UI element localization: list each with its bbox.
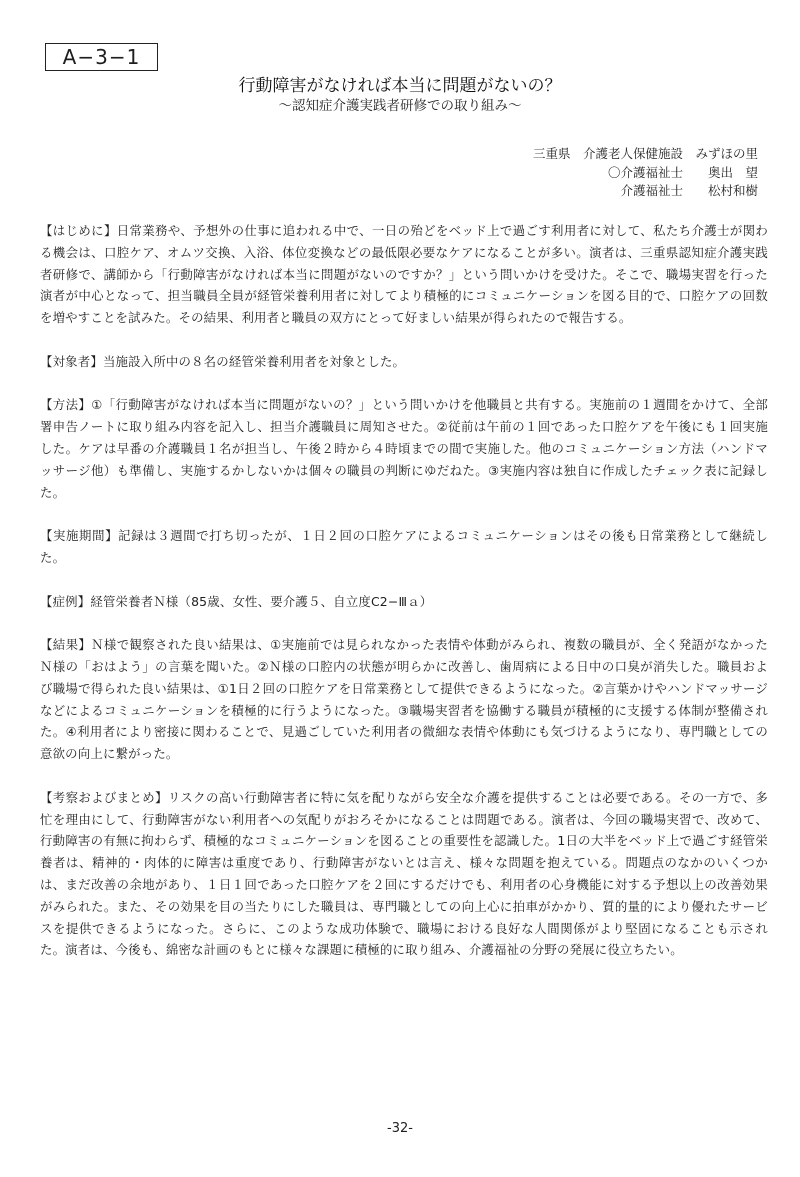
section-heading: 【考察およびまとめ】 (40, 790, 168, 805)
section-heading: 【対象者】 (40, 354, 103, 369)
section-heading: 【症例】 (40, 594, 90, 609)
section-text: 記録は３週間で打ち切ったが、１日２回の口腔ケアによるコミュニケーションはその後も… (40, 528, 768, 565)
section-heading: 【実施期間】 (40, 528, 118, 543)
document-title: 行動障害がなければ本当に問題がないの？ (0, 75, 800, 97)
author-block: 三重県 介護老人保健施設 みずほの里 〇介護福祉士 奥出 望 介護福祉士 松村和… (533, 145, 758, 201)
page-number: -32- (0, 1121, 800, 1136)
document-subtitle: 〜認知症介護実践者研修での取り組み〜 (0, 97, 800, 115)
abstract-body: 【はじめに】日常業務や、予想外の仕事に追われる中で、一日の殆どをベッド上で過ごす… (40, 220, 768, 983)
affiliation: 三重県 介護老人保健施設 みずほの里 (533, 145, 758, 164)
presenting-author: 〇介護福祉士 奥出 望 (533, 164, 758, 183)
section-results: 【結果】Ｎ様で観察された良い結果は、①実施前では見られなかった表情や体動がみられ… (40, 634, 768, 765)
section-introduction: 【はじめに】日常業務や、予想外の仕事に追われる中で、一日の殆どをベッド上で過ごす… (40, 220, 768, 329)
section-text: 当施設入所中の８名の経管栄養利用者を対象とした。 (103, 354, 405, 369)
section-heading: 【はじめに】 (40, 223, 117, 238)
section-subjects: 【対象者】当施設入所中の８名の経管栄養利用者を対象とした。 (40, 351, 768, 373)
section-discussion: 【考察およびまとめ】リスクの高い行動障害者に特に気を配りながら安全な介護を提供す… (40, 787, 768, 961)
section-text: 経管栄養者Ｎ様（85歳、女性、要介護５、自立度C2−Ⅲａ） (90, 594, 432, 609)
section-heading: 【結果】 (40, 637, 91, 652)
section-text: Ｎ様で観察された良い結果は、①実施前では見られなかった表情や体動がみられ、複数の… (40, 637, 768, 761)
co-author: 介護福祉士 松村和樹 (533, 182, 758, 201)
section-methods: 【方法】①「行動障害がなければ本当に問題がないの？」という問いかけを他職員と共有… (40, 394, 768, 503)
section-text: ①「行動障害がなければ本当に問題がないの？」という問いかけを他職員と共有する。実… (40, 397, 768, 499)
section-case: 【症例】経管栄養者Ｎ様（85歳、女性、要介護５、自立度C2−Ⅲａ） (40, 591, 768, 613)
section-text: 日常業務や、予想外の仕事に追われる中で、一日の殆どをベッド上で過ごす利用者に対し… (40, 223, 768, 325)
abstract-code-box: A−3−1 (45, 43, 158, 71)
section-heading: 【方法】 (40, 397, 91, 412)
section-period: 【実施期間】記録は３週間で打ち切ったが、１日２回の口腔ケアによるコミュニケーショ… (40, 525, 768, 569)
section-text: リスクの高い行動障害者に特に気を配りながら安全な介護を提供することは必要である。… (40, 790, 768, 958)
